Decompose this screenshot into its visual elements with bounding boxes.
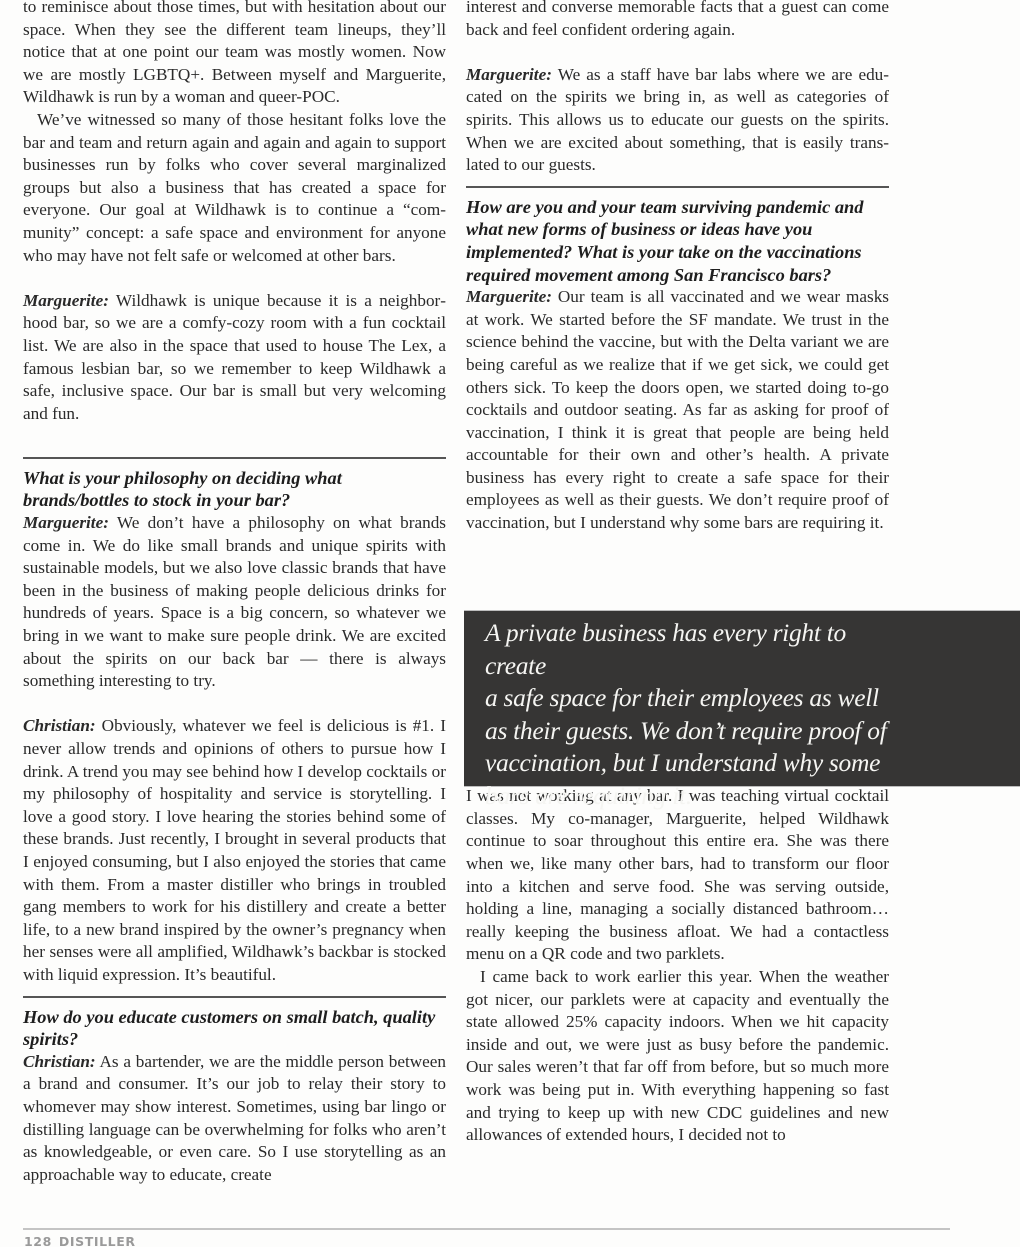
section-divider bbox=[23, 457, 446, 459]
page-footer: 128DISTILLER bbox=[24, 1234, 143, 1247]
speaker-label: Marguerite: bbox=[23, 291, 109, 310]
intro-paragraph: We’ve witnessed so many of those hesitan… bbox=[23, 109, 446, 267]
answer-text: Obviously, whatever we feel is delicious… bbox=[23, 716, 446, 984]
answer-paragraph: Christian: As a bartender, we are the mi… bbox=[23, 1051, 446, 1187]
right-column: interest and converse memorable facts th… bbox=[466, 0, 889, 1147]
section-divider bbox=[23, 996, 446, 998]
paragraph-spacer bbox=[23, 267, 446, 290]
answer-paragraph: Marguerite: Our team is all vaccinated a… bbox=[466, 286, 889, 535]
answer-paragraph: Christian: Obviously, whatever we feel i… bbox=[23, 715, 446, 986]
section-divider bbox=[466, 186, 889, 188]
paragraph-spacer bbox=[23, 425, 446, 448]
answer-paragraph: Marguerite: We as a staff have bar labs … bbox=[466, 64, 889, 177]
speaker-label: Marguerite: bbox=[466, 287, 552, 306]
paragraph-spacer bbox=[23, 693, 446, 716]
answer-text: Our team is all vaccinated and we wear m… bbox=[466, 287, 889, 532]
pull-quote-box: A private business has every right to cr… bbox=[464, 610, 1020, 787]
speaker-label: Christian: bbox=[23, 716, 96, 735]
paragraph-spacer bbox=[466, 41, 889, 64]
answer-paragraph: Marguerite: We don’t have a philosophy o… bbox=[23, 512, 446, 693]
pull-quote-line: a safe space for their employees as well bbox=[485, 683, 879, 712]
speaker-label: Marguerite: bbox=[23, 513, 109, 532]
pull-quote-text: A private business has every right to cr… bbox=[485, 617, 905, 813]
speaker-label: Marguerite: bbox=[466, 65, 552, 84]
answer-paragraph: Marguerite: Wildhawk is unique because i… bbox=[23, 290, 446, 426]
publication-name: DISTILLER bbox=[59, 1234, 136, 1247]
page-number: 128 bbox=[24, 1234, 52, 1247]
pull-quote-line: bars are requiring it. bbox=[485, 781, 692, 810]
footer-divider bbox=[23, 1228, 950, 1230]
answer-text: As a bartender, we are the middle person… bbox=[23, 1052, 446, 1184]
answer-text: We don’t have a philosophy on what brand… bbox=[23, 513, 446, 690]
speaker-label: Christian: bbox=[23, 1052, 96, 1071]
interview-question: How do you educate customers on small ba… bbox=[23, 1006, 446, 1051]
intro-paragraph: to reminisce about those times, but with… bbox=[23, 0, 446, 109]
pull-quote-line: vaccination, but I understand why some bbox=[485, 748, 880, 777]
answer-continuation: interest and converse memorable facts th… bbox=[466, 0, 889, 41]
answer-text: Wildhawk is unique because it is a neigh… bbox=[23, 291, 446, 423]
left-column: to reminisce about those times, but with… bbox=[23, 0, 446, 1186]
pull-quote-line: as their guests. We don’t require proof … bbox=[485, 716, 887, 745]
answer-paragraph: I came back to work earlier this year. W… bbox=[466, 966, 889, 1147]
pull-quote-line: A private business has every right to cr… bbox=[485, 618, 846, 680]
interview-question: What is your philosophy on deciding what… bbox=[23, 467, 446, 512]
interview-question: How are you and your team surviving pand… bbox=[466, 196, 889, 286]
